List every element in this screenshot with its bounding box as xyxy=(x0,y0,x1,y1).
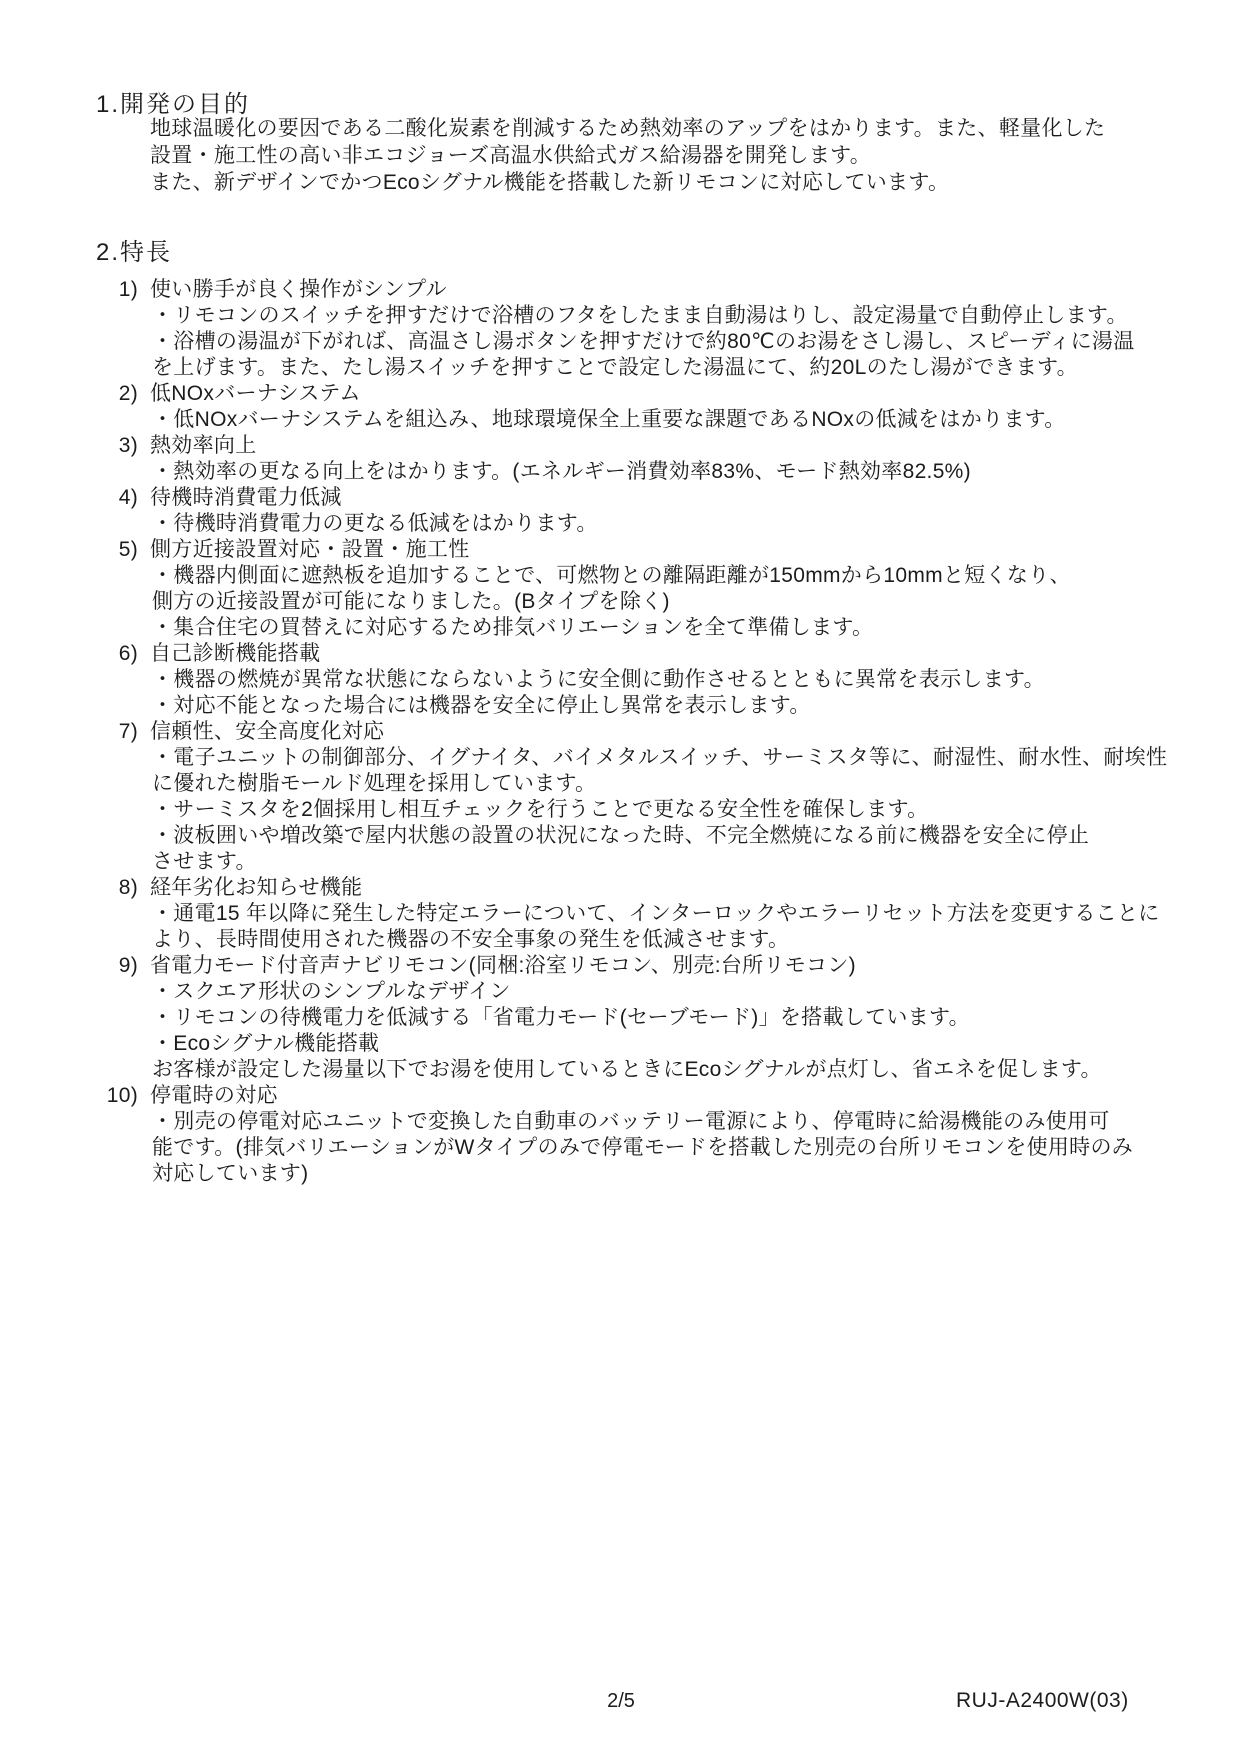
feature-title-line: 10)停電時の対応 xyxy=(0,1083,1240,1109)
feature-title-line: 4)待機時消費電力低減 xyxy=(0,485,1240,511)
item-text-line: ・浴槽の湯温が下がれば、高温さし湯ボタンを押すだけで約80℃のお湯をさし湯し、ス… xyxy=(0,329,1240,355)
feature-item: 6)自己診断機能搭載・機器の燃焼が異常な状態にならないように安全側に動作させると… xyxy=(0,641,1240,719)
item-text-line: ・機器内側面に遮熱板を追加することで、可燃物との離隔距離が150mmから10mm… xyxy=(0,563,1240,589)
item-text-line: ・熱効率の更なる向上をはかります。(エネルギー消費効率83%、モード熱効率82.… xyxy=(0,459,1240,485)
item-title: 待機時消費電力低減 xyxy=(150,486,342,509)
item-title: 熱効率向上 xyxy=(150,434,257,457)
item-text-line: ・リモコンの待機電力を低減する「省電力モード(セーブモード)」を搭載しています。 xyxy=(0,1005,1240,1031)
item-number: 8) xyxy=(98,875,138,901)
item-text-line: を上げます。また、たし湯スイッチを押すことで設定した湯温にて、約20Lのたし湯が… xyxy=(0,355,1240,381)
feature-item: 10)停電時の対応・別売の停電対応ユニットで変換した自動車のバッテリー電源により… xyxy=(0,1083,1240,1187)
item-text-line: させます。 xyxy=(0,849,1240,875)
feature-title-line: 6)自己診断機能搭載 xyxy=(0,641,1240,667)
item-text-line: に優れた樹脂モールド処理を採用しています。 xyxy=(0,771,1240,797)
item-number: 7) xyxy=(98,719,138,745)
item-title: 側方近接設置対応・設置・施工性 xyxy=(150,538,470,561)
section-heading-purpose: 1.開発の目的 xyxy=(96,84,250,119)
section-heading-features: 2.特長 xyxy=(96,232,172,267)
item-text-line: ・別売の停電対応ユニットで変換した自動車のバッテリー電源により、停電時に給湯機能… xyxy=(0,1109,1240,1135)
item-title: 経年劣化お知らせ機能 xyxy=(150,876,362,899)
paragraph-line: 地球温暖化の要因である二酸化炭素を削減するため熱効率のアップをはかります。また、… xyxy=(150,115,1105,142)
item-text-line: ・集合住宅の買替えに対応するため排気バリエーションを全て準備します。 xyxy=(0,615,1240,641)
feature-title-line: 5)側方近接設置対応・設置・施工性 xyxy=(0,537,1240,563)
item-title: 使い勝手が良く操作がシンプル xyxy=(150,278,447,301)
feature-title-line: 2)低NOxバーナシステム xyxy=(0,381,1240,407)
item-text-line: お客様が設定した湯量以下でお湯を使用しているときにEcoシグナルが点灯し、省エネ… xyxy=(0,1057,1240,1083)
item-number: 1) xyxy=(98,277,138,303)
item-number: 10) xyxy=(98,1083,138,1109)
item-text-line: 能です。(排気バリエーションがWタイプのみで停電モードを搭載した別売の台所リモコ… xyxy=(0,1135,1240,1161)
paragraph-line: 設置・施工性の高い非エコジョーズ高温水供給式ガス給湯器を開発します。 xyxy=(150,142,1105,169)
item-text-line: 側方の近接設置が可能になりました。(Bタイプを除く) xyxy=(0,589,1240,615)
item-text-line: ・リモコンのスイッチを押すだけで浴槽のフタをしたまま自動湯はりし、設定湯量で自動… xyxy=(0,303,1240,329)
item-text-line: ・波板囲いや増改築で屋内状態の設置の状況になった時、不完全燃焼になる前に機器を安… xyxy=(0,823,1240,849)
item-number: 6) xyxy=(98,641,138,667)
feature-item: 7)信頼性、安全高度化対応・電子ユニットの制御部分、イグナイタ、バイメタルスイッ… xyxy=(0,719,1240,875)
feature-title-line: 3)熱効率向上 xyxy=(0,433,1240,459)
item-text-line: ・スクエア形状のシンプルなデザイン xyxy=(0,979,1240,1005)
feature-item: 2)低NOxバーナシステム・低NOxバーナシステムを組込み、地球環境保全上重要な… xyxy=(0,381,1240,433)
item-text-line: ・Ecoシグナル機能搭載 xyxy=(0,1031,1240,1057)
feature-item: 4)待機時消費電力低減・待機時消費電力の更なる低減をはかります。 xyxy=(0,485,1240,537)
feature-title-line: 1)使い勝手が良く操作がシンプル xyxy=(0,277,1240,303)
paragraph-line: また、新デザインでかつEcoシグナル機能を搭載した新リモコンに対応しています。 xyxy=(150,169,1105,196)
feature-item: 8)経年劣化お知らせ機能・通電15 年以降に発生した特定エラーについて、インター… xyxy=(0,875,1240,953)
item-number: 9) xyxy=(98,953,138,979)
purpose-paragraph: 地球温暖化の要因である二酸化炭素を削減するため熱効率のアップをはかります。また、… xyxy=(150,115,1105,196)
item-title: 自己診断機能搭載 xyxy=(150,642,320,665)
page-number: 2/5 xyxy=(566,1690,676,1713)
feature-title-line: 7)信頼性、安全高度化対応 xyxy=(0,719,1240,745)
item-text-line: ・機器の燃焼が異常な状態にならないように安全側に動作させるとともに異常を表示しま… xyxy=(0,667,1240,693)
item-text-line: ・低NOxバーナシステムを組込み、地球環境保全上重要な課題であるNOxの低減をは… xyxy=(0,407,1240,433)
item-number: 4) xyxy=(98,485,138,511)
item-number: 2) xyxy=(98,381,138,407)
feature-item: 5)側方近接設置対応・設置・施工性・機器内側面に遮熱板を追加することで、可燃物と… xyxy=(0,537,1240,641)
item-number: 5) xyxy=(98,537,138,563)
item-text-line: ・対応不能となった場合には機器を安全に停止し異常を表示します。 xyxy=(0,693,1240,719)
item-title: 信頼性、安全高度化対応 xyxy=(150,720,384,743)
doc-code: RUJ-A2400W(03) xyxy=(956,1689,1129,1713)
feature-item: 1)使い勝手が良く操作がシンプル・リモコンのスイッチを押すだけで浴槽のフタをした… xyxy=(0,277,1240,381)
feature-item: 9)省電力モード付音声ナビリモコン(同梱:浴室リモコン、別売:台所リモコン)・ス… xyxy=(0,953,1240,1083)
item-title: 停電時の対応 xyxy=(150,1084,278,1107)
item-text-line: ・電子ユニットの制御部分、イグナイタ、バイメタルスイッチ、サーミスタ等に、耐湿性… xyxy=(0,745,1240,771)
item-text-line: ・通電15 年以降に発生した特定エラーについて、インターロックやエラーリセット方… xyxy=(0,901,1240,927)
item-text-line: より、長時間使用された機器の不安全事象の発生を低減させます。 xyxy=(0,927,1240,953)
feature-title-line: 8)経年劣化お知らせ機能 xyxy=(0,875,1240,901)
feature-list: 1)使い勝手が良く操作がシンプル・リモコンのスイッチを押すだけで浴槽のフタをした… xyxy=(0,277,1240,1187)
item-text-line: 対応しています) xyxy=(0,1161,1240,1187)
document-page: 1.開発の目的 地球温暖化の要因である二酸化炭素を削減するため熱効率のアップをは… xyxy=(0,0,1240,1754)
feature-title-line: 9)省電力モード付音声ナビリモコン(同梱:浴室リモコン、別売:台所リモコン) xyxy=(0,953,1240,979)
item-text-line: ・サーミスタを2個採用し相互チェックを行うことで更なる安全性を確保します。 xyxy=(0,797,1240,823)
item-title: 省電力モード付音声ナビリモコン(同梱:浴室リモコン、別売:台所リモコン) xyxy=(150,954,856,977)
feature-item: 3)熱効率向上・熱効率の更なる向上をはかります。(エネルギー消費効率83%、モー… xyxy=(0,433,1240,485)
item-title: 低NOxバーナシステム xyxy=(150,382,361,405)
item-text-line: ・待機時消費電力の更なる低減をはかります。 xyxy=(0,511,1240,537)
item-number: 3) xyxy=(98,433,138,459)
